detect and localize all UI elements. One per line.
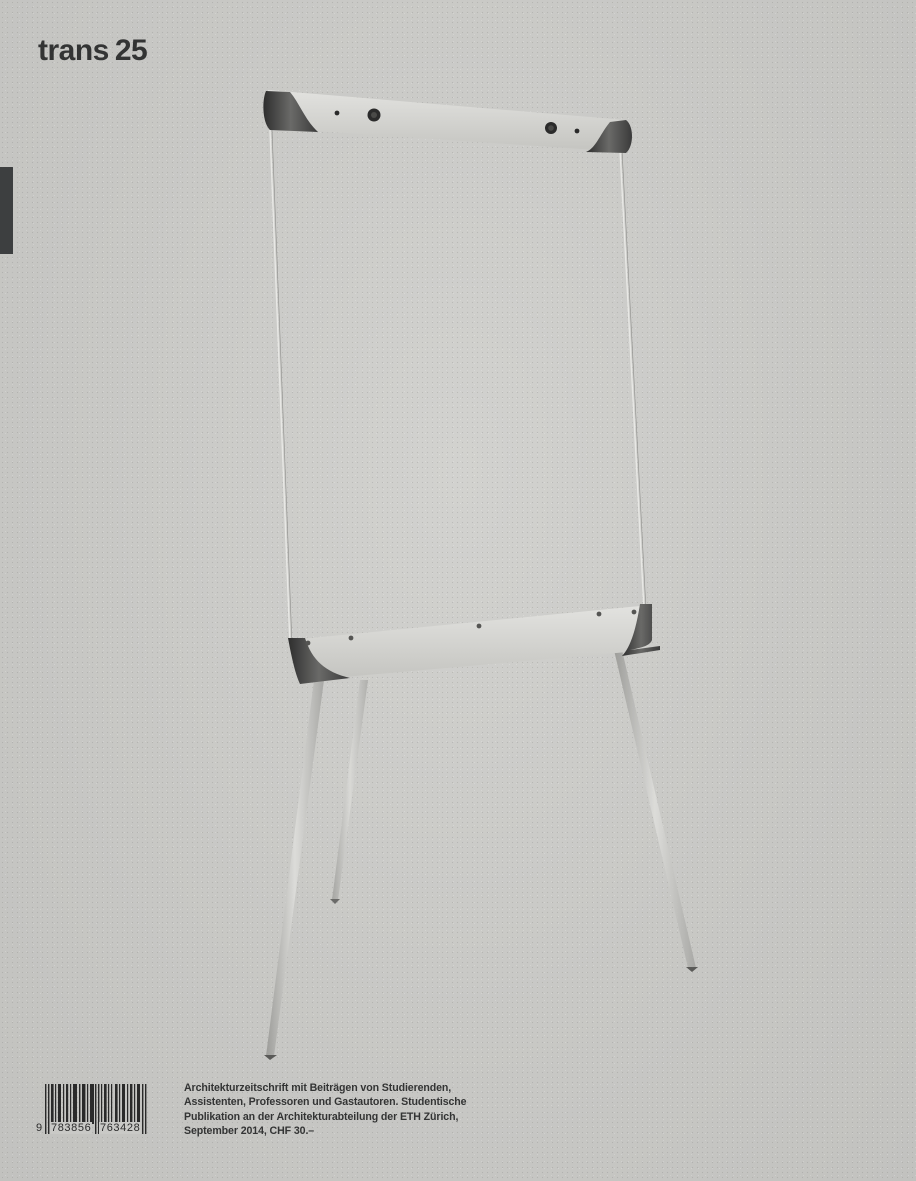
blurb-line: Assistenten, Professoren und Gastautoren…: [184, 1095, 504, 1109]
blurb-line: Publikation an der Architekturabteilung …: [184, 1110, 504, 1124]
blurb-line: September 2014, CHF 30.–: [184, 1124, 504, 1138]
isbn-group-1: 783856: [50, 1122, 92, 1134]
board-left-edge: [270, 130, 290, 645]
isbn-lead-digit: 9: [36, 1122, 43, 1134]
board-right-edge: [620, 150, 644, 610]
easel-top-clamp: [263, 90, 632, 153]
blurb-line: Architekturzeitschrift mit Beiträgen von…: [184, 1081, 504, 1095]
isbn-barcode: 9 783856 763428: [36, 1084, 150, 1136]
easel-right-leg: [614, 650, 698, 972]
isbn-group-2: 763428: [99, 1122, 141, 1134]
easel-bottom-tray: [288, 604, 660, 684]
easel-icon: [0, 0, 916, 1181]
easel-left-leg: [264, 680, 324, 1060]
cover-blurb: Architekturzeitschrift mit Beiträgen von…: [184, 1081, 504, 1139]
easel-back-leg: [330, 680, 368, 904]
